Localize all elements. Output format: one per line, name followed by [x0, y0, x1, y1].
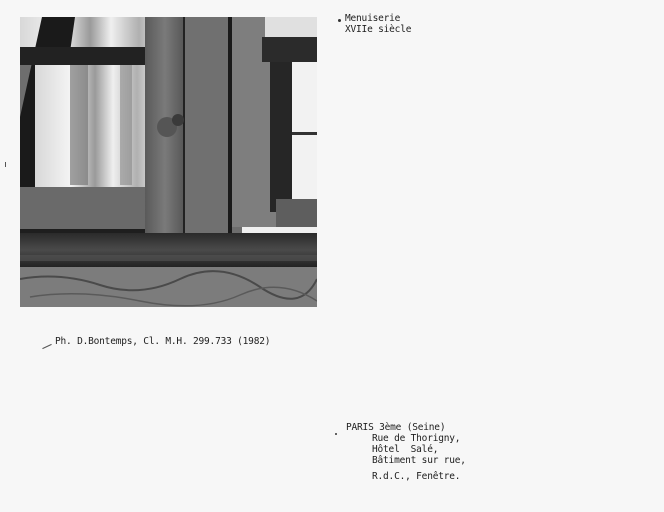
margin-tick — [5, 162, 6, 167]
photograph — [20, 17, 317, 307]
bullet-marker — [338, 19, 341, 22]
location-part: Bâtiment sur rue, — [372, 455, 466, 466]
archive-card: Menuiserie XVIIe siècle Ph. D.Bontemps, … — [0, 0, 664, 512]
pencil-mark — [42, 344, 51, 349]
bullet-marker — [335, 433, 337, 435]
photo-credit: Ph. D.Bontemps, Cl. M.H. 299.733 (1982) — [55, 336, 270, 347]
location-building: Hôtel Salé, — [372, 444, 438, 455]
subject-category: Menuiserie — [345, 13, 400, 24]
window-photo-image — [20, 17, 317, 307]
location-city: PARIS 3ème (Seine) — [346, 422, 445, 433]
location-detail: R.d.C., Fenêtre. — [372, 471, 460, 482]
subject-period: XVIIe siècle — [345, 24, 411, 35]
location-street: Rue de Thorigny, — [372, 433, 460, 444]
